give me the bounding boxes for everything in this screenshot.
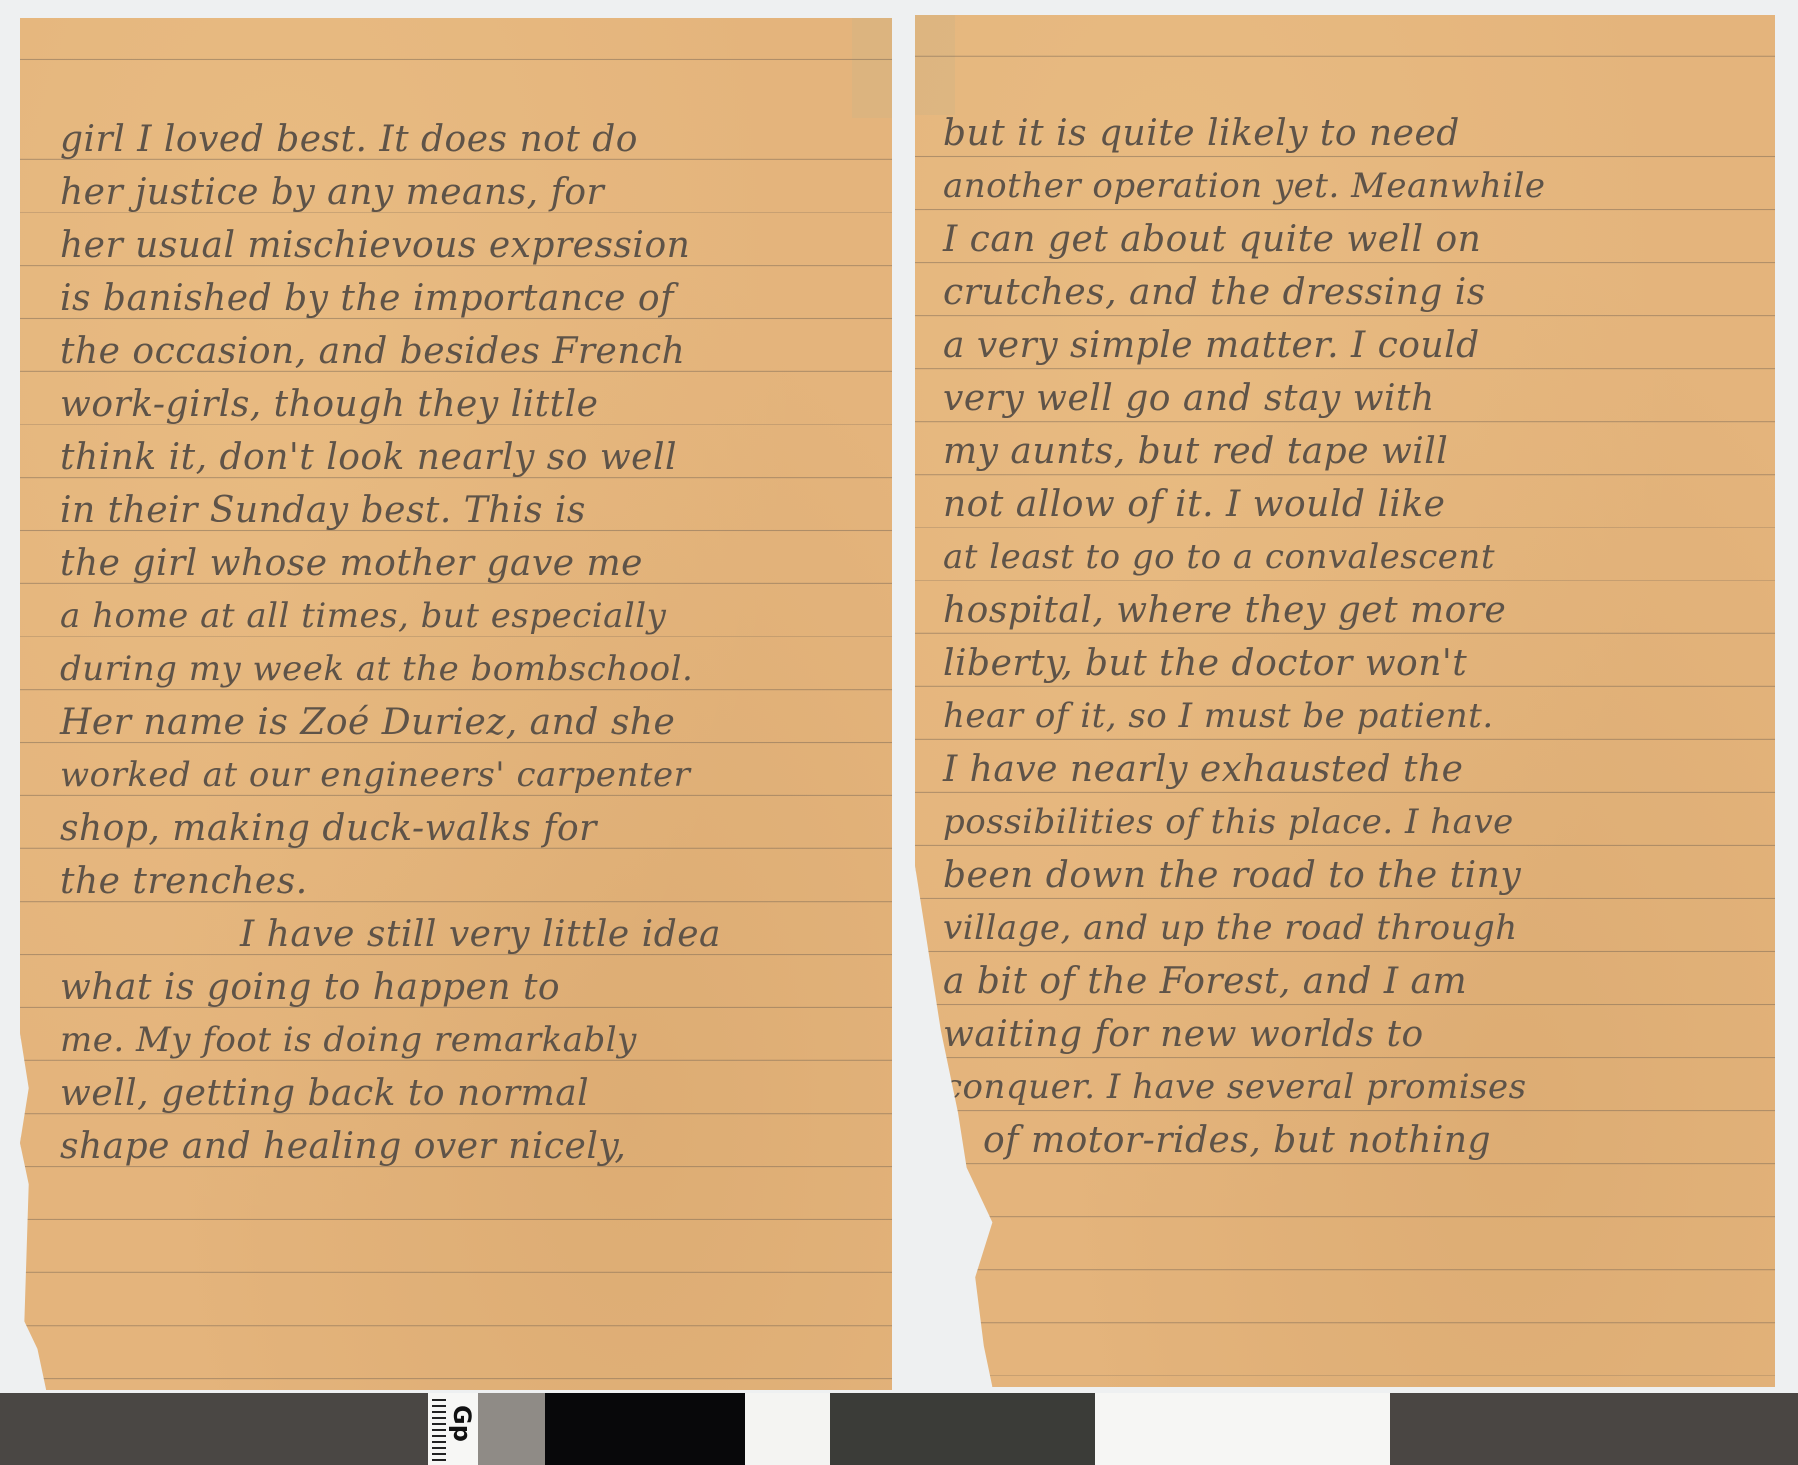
text-line: in their Sunday best. This is (60, 484, 874, 537)
swatch-black (545, 1393, 745, 1465)
text-line: been down the road to the tiny (943, 849, 1757, 902)
text-line: is banished by the importance of (60, 272, 874, 325)
left-page-text: girl I loved best. It does not do her ju… (60, 113, 874, 1173)
right-page: but it is quite likely to need another o… (915, 15, 1775, 1387)
text-line: well, getting back to normal (60, 1067, 874, 1120)
text-line: crutches, and the dressing is (943, 266, 1757, 319)
right-page-text: but it is quite likely to need another o… (943, 107, 1757, 1167)
text-line: a home at all times, but especially (60, 590, 874, 643)
text-line: conquer. I have several promises (943, 1061, 1757, 1114)
text-line: of motor-rides, but nothing (943, 1114, 1757, 1167)
text-line: waiting for new worlds to (943, 1008, 1757, 1061)
text-line: I have nearly exhausted the (943, 743, 1757, 796)
text-line: a bit of the Forest, and I am (943, 955, 1757, 1008)
text-line: hear of it, so I must be patient. (943, 690, 1757, 743)
text-line: another operation yet. Meanwhile (943, 160, 1757, 213)
ruler-ticks (432, 1399, 446, 1465)
text-line: village, and up the road through (943, 902, 1757, 955)
text-line: at least to go to a convalescent (943, 531, 1757, 584)
text-line: my aunts, but red tape will (943, 425, 1757, 478)
text-line: but it is quite likely to need (943, 107, 1757, 160)
text-line: shape and healing over nicely, (60, 1120, 874, 1173)
text-line: shop, making duck-walks for (60, 802, 874, 855)
text-line: not allow of it. I would like (943, 478, 1757, 531)
swatch-dark-gray (1390, 1393, 1798, 1465)
text-line: work-girls, though they little (60, 378, 874, 431)
text-line: her usual mischievous expression (60, 219, 874, 272)
swatch-charcoal (830, 1393, 1095, 1465)
calibration-strip (0, 1393, 1798, 1465)
text-line: a very simple matter. I could (943, 319, 1757, 372)
text-line: me. My foot is doing remarkably (60, 1014, 874, 1067)
text-line: during my week at the bombschool. (60, 643, 874, 696)
swatch-white (1095, 1393, 1390, 1465)
scale-ruler: Gp (428, 1393, 478, 1465)
swatch-dark-gray (0, 1393, 430, 1465)
text-line: what is going to happen to (60, 961, 874, 1014)
swatch-white (745, 1393, 830, 1465)
text-line: her justice by any means, for (60, 166, 874, 219)
text-line: liberty, but the doctor won't (943, 637, 1757, 690)
text-line: Her name is Zoé Duriez, and she (60, 696, 874, 749)
left-page: girl I loved best. It does not do her ju… (20, 18, 892, 1390)
scanned-letter: girl I loved best. It does not do her ju… (0, 0, 1798, 1465)
text-line: possibilities of this place. I have (943, 796, 1757, 849)
text-line: the girl whose mother gave me (60, 537, 874, 590)
text-line: worked at our engineers' carpenter (60, 749, 874, 802)
text-line: the occasion, and besides French (60, 325, 874, 378)
text-line: I can get about quite well on (943, 213, 1757, 266)
text-line: hospital, where they get more (943, 584, 1757, 637)
paragraph-start-line: I have still very little idea (60, 908, 874, 961)
text-line: girl I loved best. It does not do (60, 113, 874, 166)
text-line: think it, don't look nearly so well (60, 431, 874, 484)
text-line: very well go and stay with (943, 372, 1757, 425)
swatch-gray (478, 1393, 545, 1465)
ruler-label: Gp (448, 1405, 476, 1442)
text-line: the trenches. (60, 855, 874, 908)
